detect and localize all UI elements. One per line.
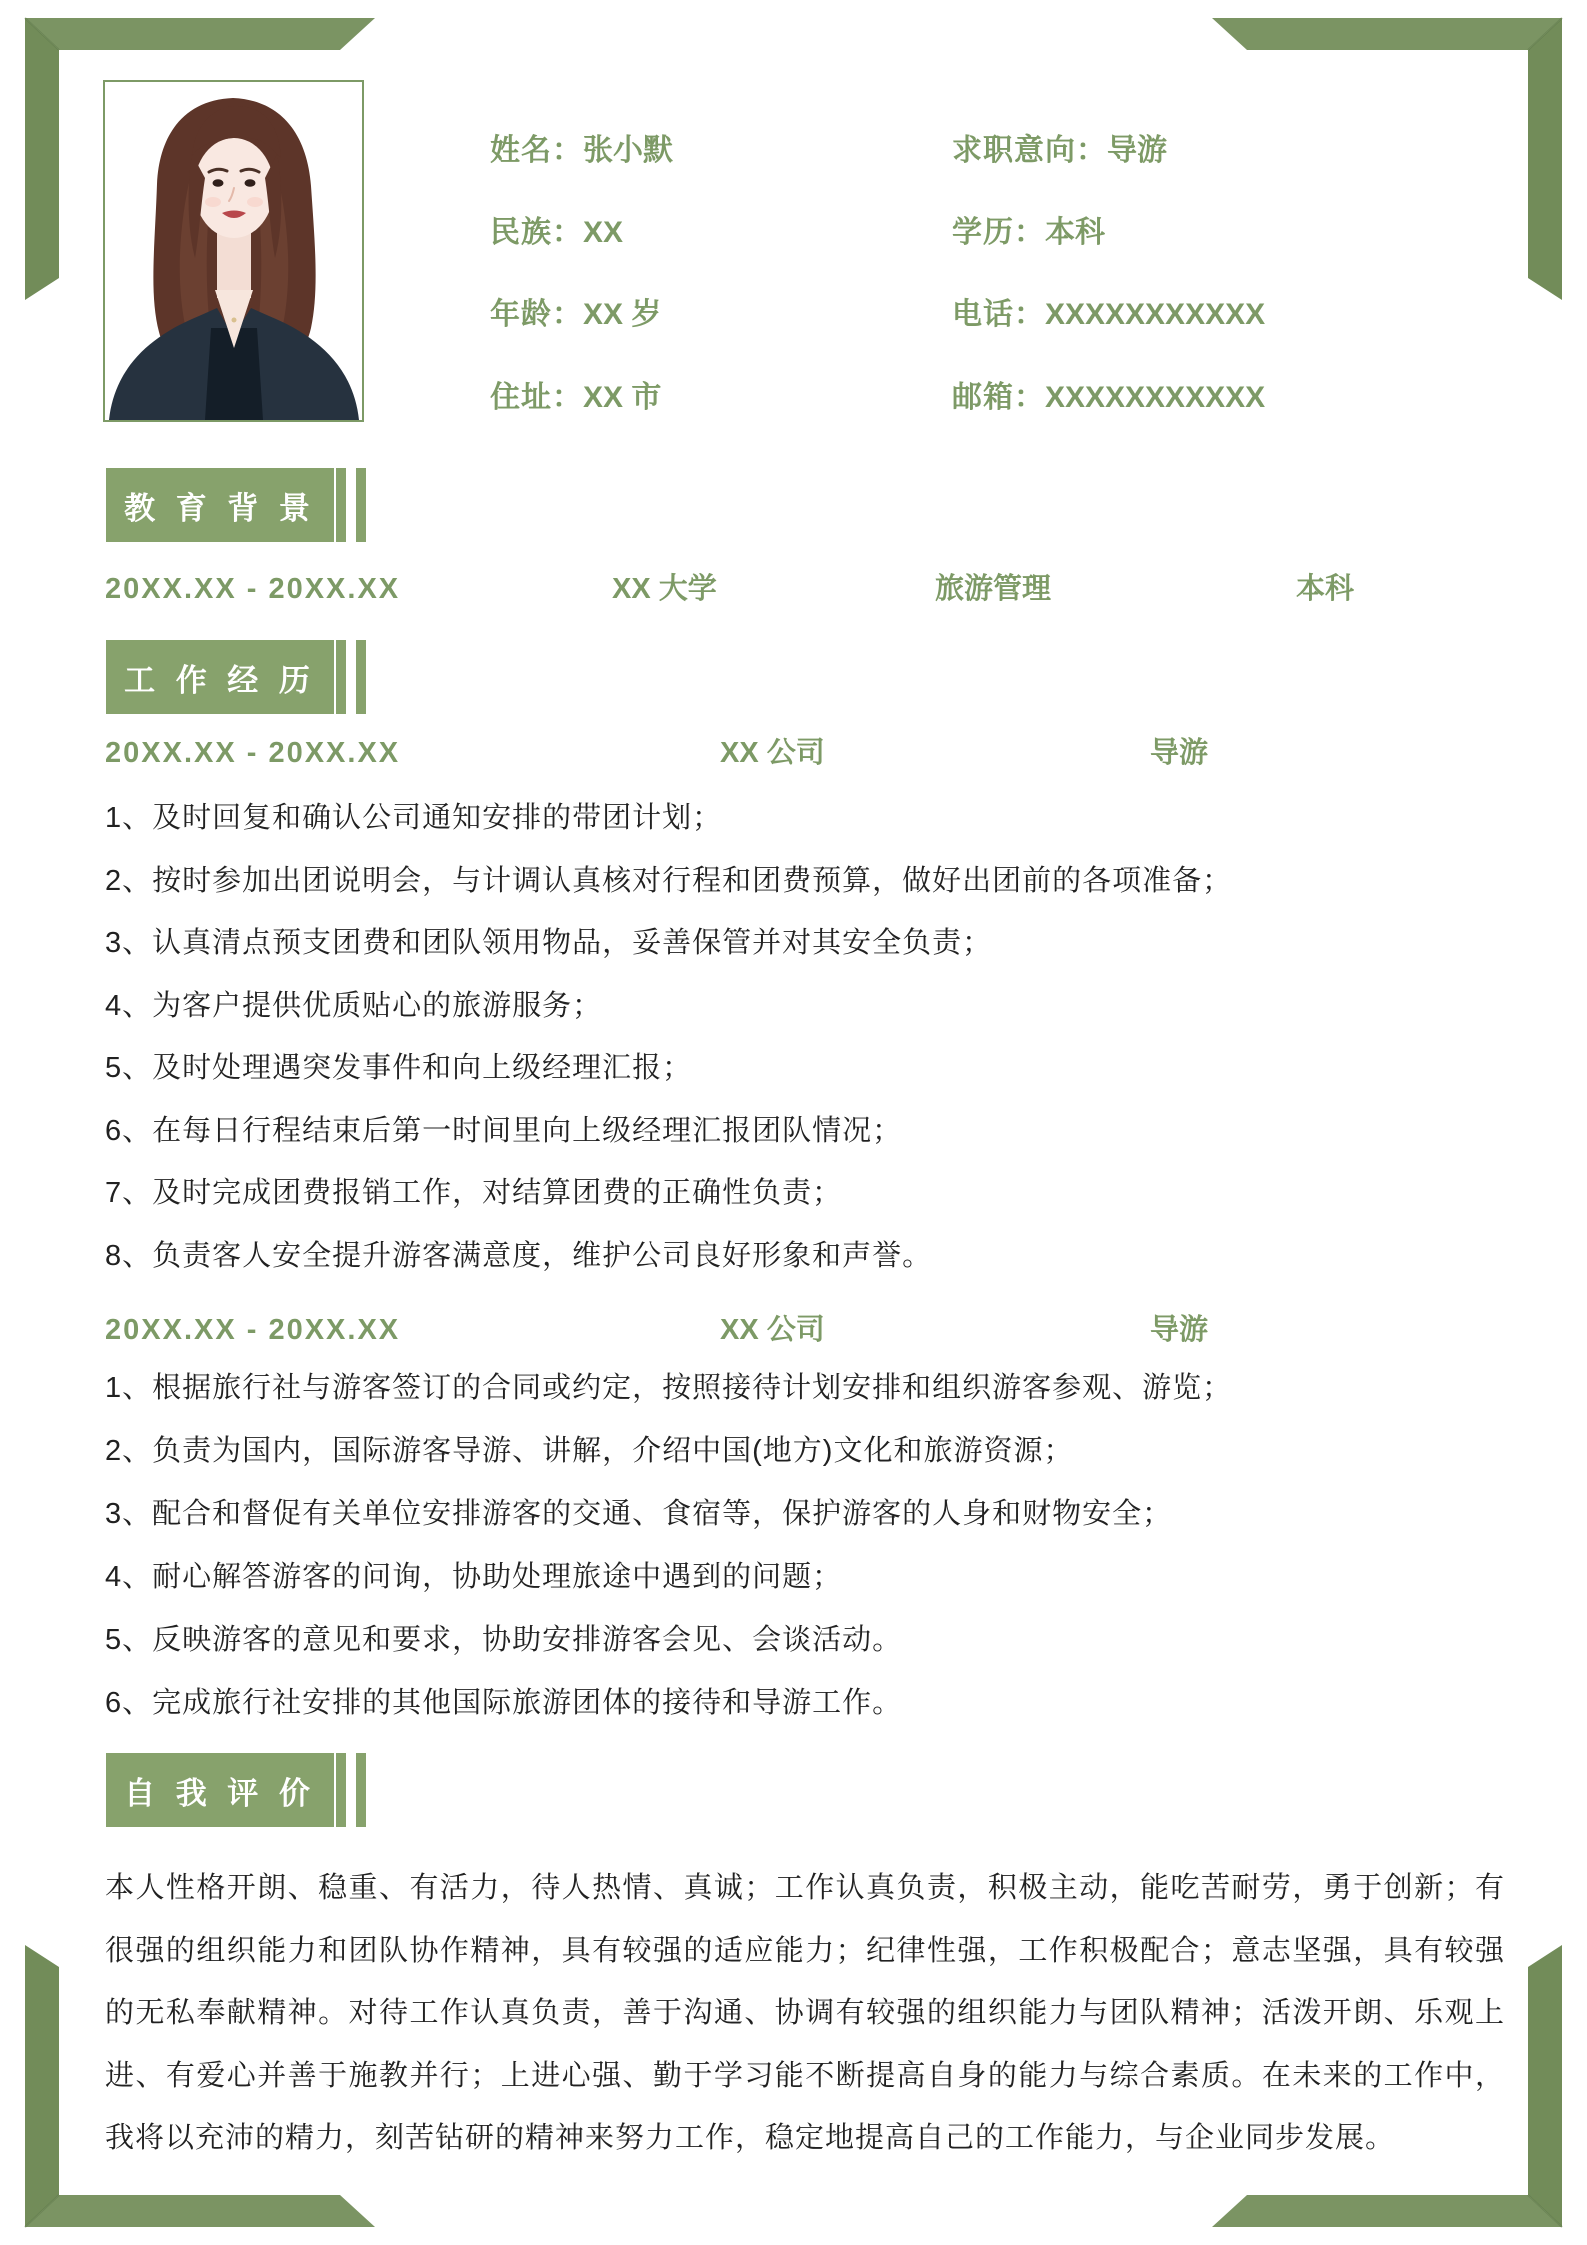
job1-duty: 1、及时回复和确认公司通知安排的带团计划； [105, 799, 722, 837]
field-age: 年龄：XX 岁 [490, 296, 661, 334]
job1-period: 20XX.XX - 20XX.XX [105, 734, 400, 772]
field-education-level-label: 学历： [952, 216, 1045, 249]
field-phone-value: XXXXXXXXXXX [1045, 298, 1265, 331]
field-ethnicity-value: XX [583, 216, 623, 249]
field-address-value: XX 市 [583, 381, 661, 414]
section-accent-bar [356, 1753, 366, 1827]
field-ethnicity: 民族：XX [490, 214, 623, 252]
job1-duty: 6、在每日行程结束后第一时间里向上级经理汇报团队情况； [105, 1112, 902, 1150]
field-age-label: 年龄： [490, 298, 583, 331]
job1-duty: 3、认真清点预支团费和团队领用物品，妥善保管并对其安全负责； [105, 924, 992, 962]
field-ethnicity-label: 民族： [490, 216, 583, 249]
field-email-value: XXXXXXXXXXX [1045, 381, 1265, 414]
section-accent-bar [356, 468, 366, 542]
field-job-intention-label: 求职意向： [952, 134, 1107, 167]
profile-photo [103, 80, 364, 422]
field-address-label: 住址： [490, 381, 583, 414]
field-email: 邮箱：XXXXXXXXXXX [952, 379, 1265, 417]
field-phone-label: 电话： [952, 298, 1045, 331]
job2-duty: 1、根据旅行社与游客签订的合同或约定，按照接待计划安排和组织游客参观、游览； [105, 1369, 1232, 1407]
field-education-level: 学历：本科 [952, 214, 1105, 252]
section-title-work: 工 作 经 历 [106, 640, 334, 714]
resume-page: 姓名：张小默 民族：XX 年龄：XX 岁 住址：XX 市 求职意向：导游 学历：… [0, 0, 1587, 2245]
job2-duty: 4、耐心解答游客的问询，协助处理旅途中遇到的问题； [105, 1558, 842, 1596]
job2-role: 导游 [1150, 1311, 1208, 1349]
job1-duty: 5、及时处理遇突发事件和向上级经理汇报； [105, 1049, 692, 1087]
job2-duty: 2、负责为国内，国际游客导游、讲解，介绍中国(地方)文化和旅游资源； [105, 1432, 1073, 1470]
field-name-label: 姓名： [490, 134, 583, 167]
job1-duty: 7、及时完成团费报销工作，对结算团费的正确性负责； [105, 1174, 842, 1212]
job1-role: 导游 [1150, 734, 1208, 772]
section-accent-bar [336, 640, 346, 714]
section-title-self-evaluation: 自 我 评 价 [106, 1753, 334, 1827]
job2-duty: 3、配合和督促有关单位安排游客的交通、食宿等，保护游客的人身和财物安全； [105, 1495, 1172, 1533]
job1-duty: 4、为客户提供优质贴心的旅游服务； [105, 987, 602, 1025]
job2-period: 20XX.XX - 20XX.XX [105, 1311, 400, 1349]
portrait-illustration [105, 82, 362, 420]
education-major: 旅游管理 [935, 570, 1051, 608]
job1-duty: 2、按时参加出团说明会，与计调认真核对行程和团费预算，做好出团前的各项准备； [105, 862, 1232, 900]
section-accent-bar [356, 640, 366, 714]
section-title-education: 教 育 背 景 [106, 468, 334, 542]
field-address: 住址：XX 市 [490, 379, 661, 417]
job1-duty: 8、负责客人安全提升游客满意度，维护公司良好形象和声誉。 [105, 1237, 932, 1275]
corner-decoration-top-right [1212, 18, 1562, 300]
field-phone: 电话：XXXXXXXXXXX [952, 296, 1265, 334]
education-period: 20XX.XX - 20XX.XX [105, 570, 400, 608]
field-name: 姓名：张小默 [490, 132, 673, 170]
job2-company: XX 公司 [720, 1311, 825, 1349]
education-degree: 本科 [1296, 570, 1354, 608]
education-school: XX 大学 [612, 570, 717, 608]
job2-duty: 6、完成旅行社安排的其他国际旅游团体的接待和导游工作。 [105, 1684, 902, 1722]
section-accent-bar [336, 468, 346, 542]
field-job-intention: 求职意向：导游 [952, 132, 1167, 170]
section-accent-bar [336, 1753, 346, 1827]
field-education-level-value: 本科 [1045, 216, 1105, 249]
field-job-intention-value: 导游 [1107, 134, 1167, 167]
field-age-value: XX 岁 [583, 298, 661, 331]
field-name-value: 张小默 [583, 134, 673, 167]
field-email-label: 邮箱： [952, 381, 1045, 414]
job1-company: XX 公司 [720, 734, 825, 772]
self-evaluation-text: 本人性格开朗、稳重、有活力，待人热情、真诚；工作认真负责，积极主动，能吃苦耐劳，… [105, 1857, 1505, 2170]
job2-duty: 5、反映游客的意见和要求，协助安排游客会见、会谈活动。 [105, 1621, 902, 1659]
